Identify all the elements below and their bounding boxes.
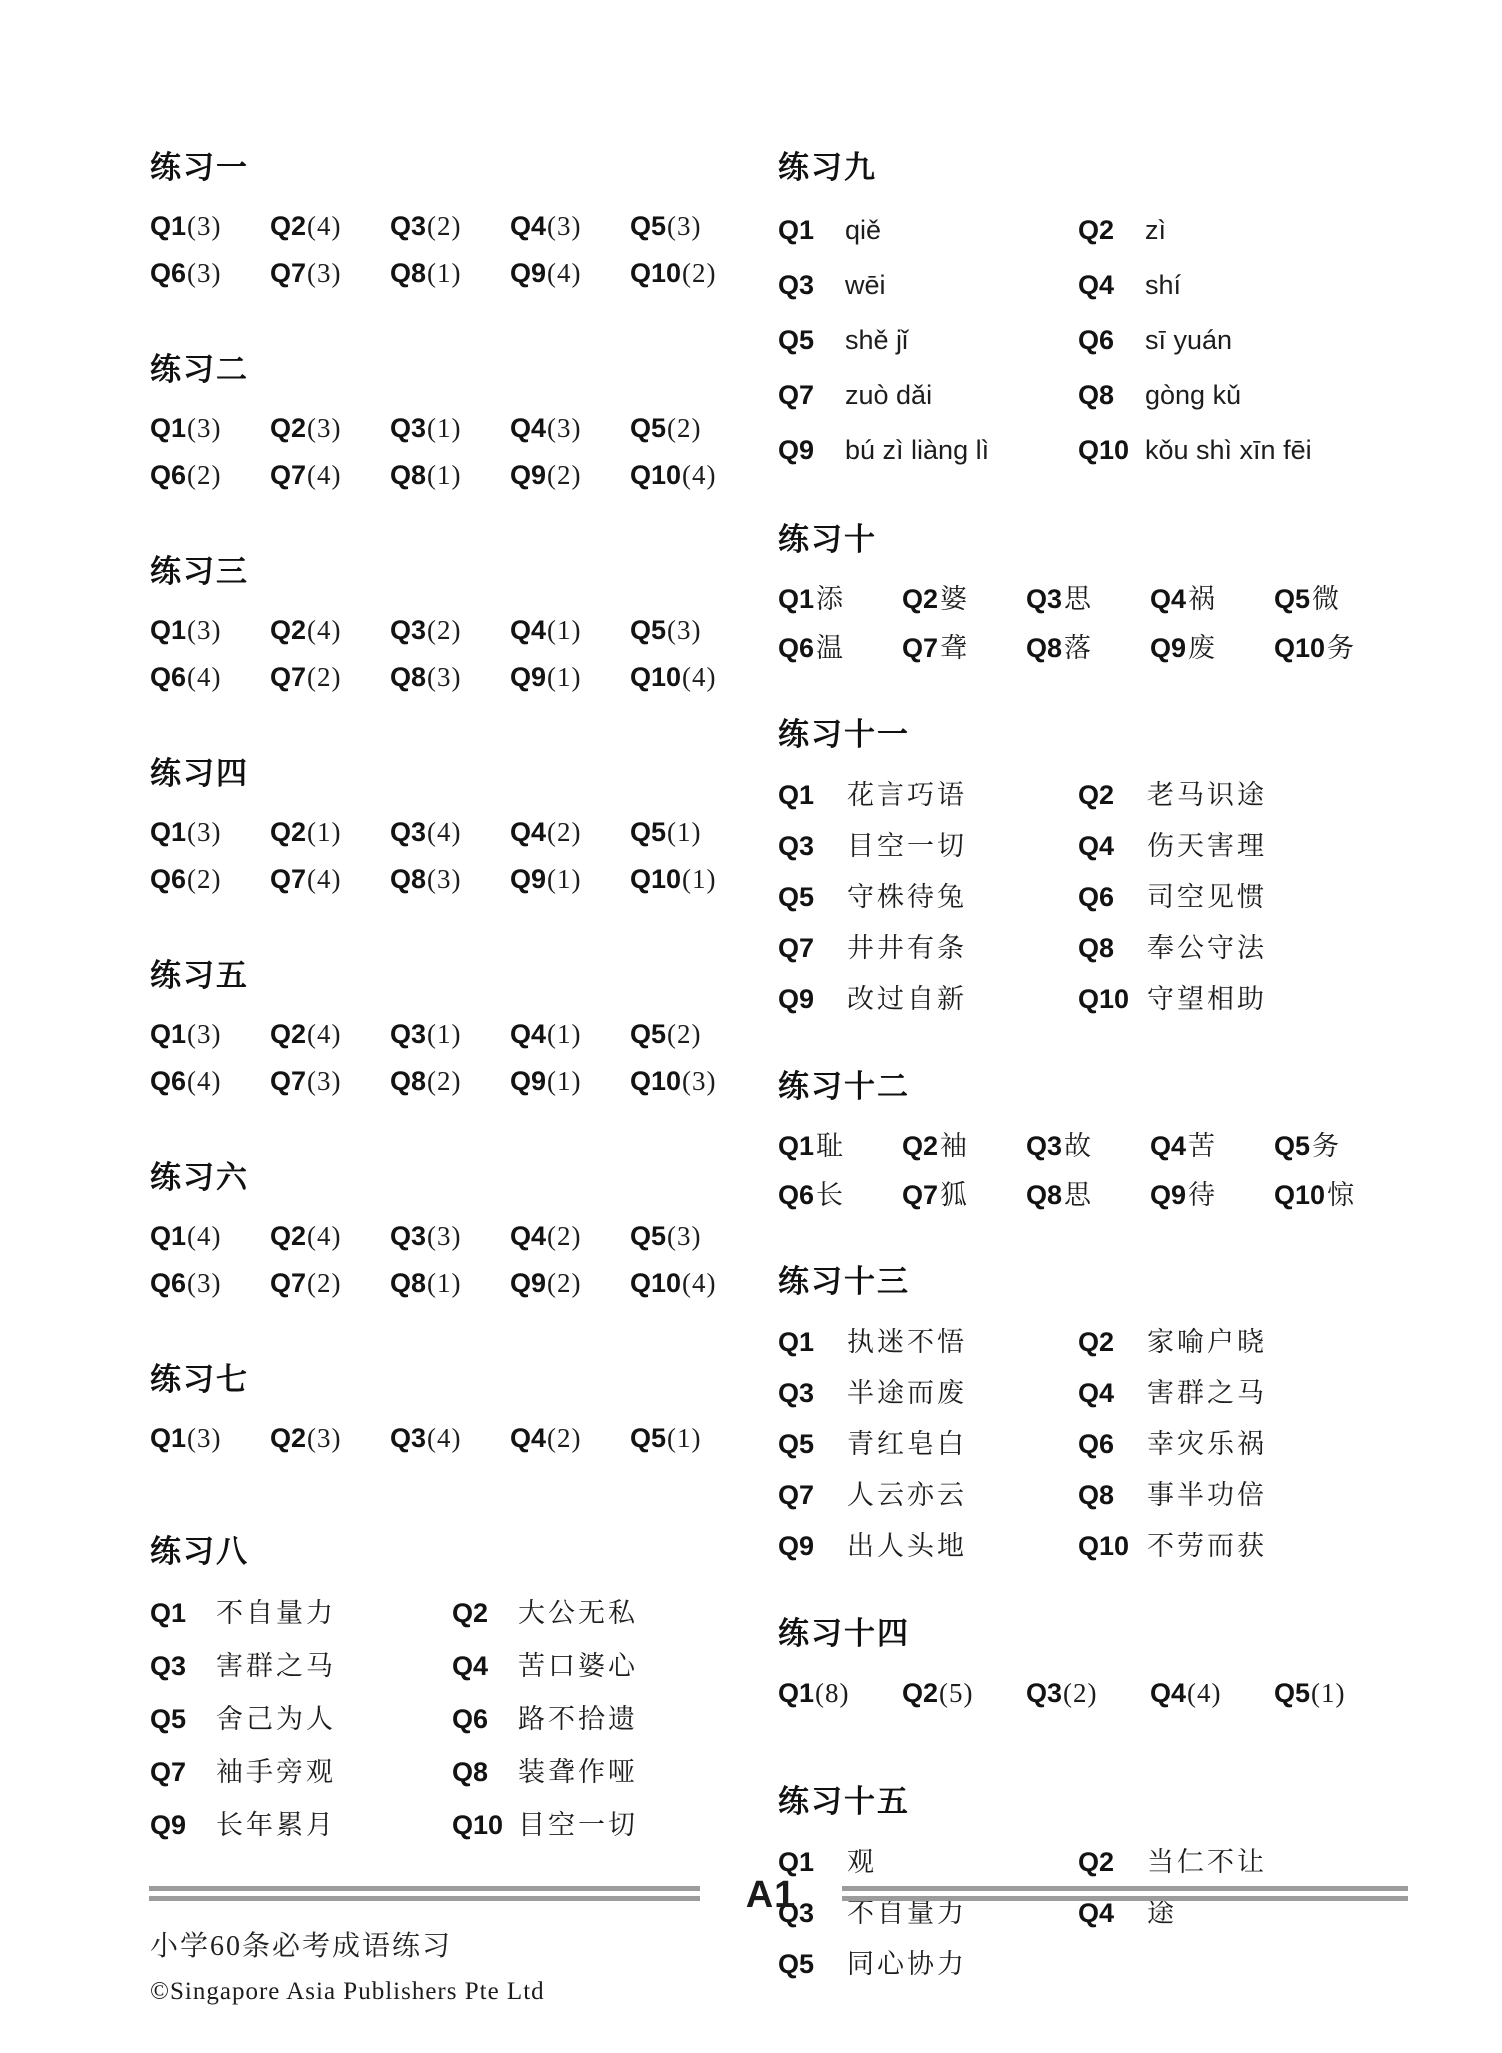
question-label: Q10: [630, 1268, 681, 1298]
question-label: Q8: [390, 258, 426, 288]
question-label: Q2: [902, 584, 938, 614]
answer-cell: Q6(2): [150, 858, 270, 905]
question-label: Q2: [1078, 772, 1145, 818]
answers-grid: Q1添Q2婆Q3思Q4祸Q5微Q6温Q7聋Q8落Q9废Q10务: [778, 577, 1452, 675]
answer-value: 苦口婆心: [518, 1651, 638, 1681]
question-label: Q5: [778, 315, 845, 365]
question-label: Q8: [1026, 1180, 1062, 1210]
question-label: Q7: [150, 1748, 214, 1796]
question-label: Q8: [452, 1748, 516, 1796]
answer-value: 祸: [1188, 584, 1218, 614]
answer-cell: Q5微: [1274, 577, 1452, 626]
answer-cell: Q7(4): [270, 858, 390, 905]
answer-value: 狐: [940, 1180, 970, 1210]
answer-value: (3): [187, 615, 221, 645]
answer-value: (2): [187, 864, 221, 894]
question-label: Q5: [630, 413, 666, 443]
question-label: Q1: [778, 584, 814, 614]
answers-grid: Q1(3)Q2(1)Q3(4)Q4(2)Q5(1)Q6(2)Q7(4)Q8(3)…: [150, 811, 710, 905]
answer-value: (3): [682, 1066, 716, 1096]
answer-value: (3): [307, 258, 341, 288]
question-label: Q4: [510, 211, 546, 241]
question-label: Q8: [390, 864, 426, 894]
answer-value: (3): [667, 211, 701, 241]
question-label: Q7: [778, 1472, 845, 1518]
answer-cell: Q8gòng kǔ: [1078, 370, 1452, 425]
answer-cell: Q7井井有条: [778, 925, 1078, 976]
answer-cell: Q4(1): [510, 609, 630, 656]
question-label: Q1: [778, 1678, 814, 1708]
answer-cell: Q4苦口婆心: [452, 1642, 710, 1695]
answer-cell: Q7(3): [270, 252, 390, 299]
answers-grid: Q1观Q2当仁不让Q3不自量力Q4途Q5同心协力: [778, 1839, 1452, 1992]
answer-cell: Q9(1): [510, 1060, 630, 1107]
answer-value: (2): [187, 460, 221, 490]
answer-cell: Q3(2): [390, 609, 510, 656]
answers-grid: Q1(3)Q2(3)Q3(1)Q4(3)Q5(2)Q6(2)Q7(4)Q8(1)…: [150, 407, 710, 501]
answer-value: (4): [187, 662, 221, 692]
answer-value: 途: [1147, 1898, 1177, 1928]
answer-value: 故: [1064, 1131, 1094, 1161]
answer-cell: Q5(3): [630, 609, 717, 656]
question-label: Q3: [1026, 1678, 1062, 1708]
answer-value: (1): [547, 662, 581, 692]
answer-value: 耻: [816, 1131, 846, 1161]
question-label: Q5: [150, 1695, 214, 1743]
answer-cell: Q7人云亦云: [778, 1472, 1078, 1523]
answer-value: 不自量力: [847, 1898, 967, 1928]
answer-cell: Q10务: [1274, 626, 1452, 675]
question-label: Q1: [778, 1131, 814, 1161]
question-label: Q4: [452, 1642, 516, 1690]
answer-cell: Q5同心协力: [778, 1941, 1078, 1992]
answer-value: (1): [427, 1019, 461, 1049]
question-label: Q1: [150, 615, 186, 645]
answer-cell: Q7(2): [270, 1262, 390, 1309]
answer-cell: Q3(1): [390, 1013, 510, 1060]
answer-cell: Q1(3): [150, 811, 270, 858]
question-label: Q8: [1078, 1472, 1145, 1518]
question-label: Q10: [1078, 1523, 1145, 1569]
exercise-section: 练习四Q1(3)Q2(1)Q3(4)Q4(2)Q5(1)Q6(2)Q7(4)Q8…: [150, 756, 710, 905]
answer-cell: Q6幸灾乐祸: [1078, 1421, 1452, 1472]
question-label: Q6: [150, 1066, 186, 1096]
question-label: Q5: [1274, 584, 1310, 614]
answer-value: (3): [187, 1268, 221, 1298]
question-label: Q7: [270, 258, 306, 288]
answer-cell: Q1(3): [150, 1013, 270, 1060]
question-label: Q2: [1078, 1319, 1145, 1365]
question-label: Q4: [510, 817, 546, 847]
answer-cell: Q3(4): [390, 1417, 510, 1464]
answer-value: (4): [307, 615, 341, 645]
answer-value: (2): [547, 1423, 581, 1453]
question-label: Q1: [150, 1589, 214, 1637]
answer-value: (2): [667, 1019, 701, 1049]
question-label: Q2: [270, 1423, 306, 1453]
answer-value: (3): [547, 211, 581, 241]
question-label: Q9: [778, 425, 845, 475]
question-label: Q3: [390, 1423, 426, 1453]
answer-value: 聋: [940, 633, 970, 663]
answer-cell: Q8(3): [390, 858, 510, 905]
question-label: Q5: [778, 1941, 845, 1987]
section-title: 练习五: [150, 958, 710, 994]
question-label: Q2: [452, 1589, 516, 1637]
answer-value: (4): [1187, 1678, 1221, 1708]
answer-value: (2): [427, 615, 461, 645]
exercise-section: 练习三Q1(3)Q2(4)Q3(2)Q4(1)Q5(3)Q6(4)Q7(2)Q8…: [150, 554, 710, 703]
answer-value: 不劳而获: [1147, 1531, 1267, 1561]
answer-cell: Q4shí: [1078, 260, 1452, 315]
answer-value: (4): [427, 817, 461, 847]
answer-cell: Q9长年累月: [150, 1801, 452, 1854]
answer-value: 袖: [940, 1131, 970, 1161]
answer-cell: Q4(2): [510, 1215, 630, 1262]
answer-cell: Q6司空见惯: [1078, 874, 1452, 925]
exercise-section: 练习五Q1(3)Q2(4)Q3(1)Q4(1)Q5(2)Q6(4)Q7(3)Q8…: [150, 958, 710, 1107]
question-label: Q4: [1078, 823, 1145, 869]
answers-grid: Q1(8)Q2(5)Q3(2)Q4(4)Q5(1): [778, 1671, 1452, 1720]
section-title: 练习十一: [778, 717, 1452, 753]
answer-cell: Q3(1): [390, 407, 510, 454]
question-label: Q6: [1078, 315, 1145, 365]
section-title: 练习七: [150, 1362, 710, 1398]
answer-cell: Q4(2): [510, 811, 630, 858]
answer-value: 奉公守法: [1147, 933, 1267, 963]
exercise-section: 练习九Q1qiěQ2zìQ3wēiQ4shíQ5shě jǐQ6sī yuánQ…: [778, 150, 1452, 480]
answers-grid: Q1(3)Q2(3)Q3(4)Q4(2)Q5(1): [150, 1417, 710, 1464]
answer-value: 大公无私: [518, 1598, 638, 1628]
question-label: Q7: [778, 925, 845, 971]
answers-grid: Q1(3)Q2(4)Q3(1)Q4(1)Q5(2)Q6(4)Q7(3)Q8(2)…: [150, 1013, 710, 1107]
answer-cell: Q2婆: [902, 577, 1026, 626]
answer-value: (8): [815, 1678, 849, 1708]
question-label: Q8: [390, 460, 426, 490]
answer-cell: Q2当仁不让: [1078, 1839, 1452, 1890]
book-title: 小学60条必考成语练习: [150, 1924, 452, 1964]
answer-value: (4): [307, 460, 341, 490]
answer-cell: Q8奉公守法: [1078, 925, 1452, 976]
answer-cell: Q10目空一切: [452, 1801, 710, 1854]
answer-value: (4): [307, 211, 341, 241]
answer-value: 务: [1327, 633, 1357, 663]
question-label: Q6: [150, 1268, 186, 1298]
answer-value: wēi: [845, 270, 886, 300]
answer-value: sī yuán: [1145, 325, 1232, 355]
answer-value: (2): [667, 413, 701, 443]
answer-value: 守望相助: [1147, 984, 1267, 1014]
question-label: Q9: [510, 662, 546, 692]
answer-value: 井井有条: [847, 933, 967, 963]
answer-value: 不自量力: [216, 1598, 336, 1628]
answer-cell: Q5(3): [630, 1215, 717, 1262]
answer-cell: Q2(3): [270, 407, 390, 454]
answer-value: 婆: [940, 584, 970, 614]
answer-cell: Q2大公无私: [452, 1589, 710, 1642]
answer-cell: Q9出人头地: [778, 1523, 1078, 1574]
answer-value: 观: [847, 1847, 877, 1877]
answer-cell: Q4(3): [510, 407, 630, 454]
answer-cell: Q10(4): [630, 656, 717, 703]
answer-cell: Q1(3): [150, 609, 270, 656]
question-label: Q3: [390, 211, 426, 241]
answer-cell: Q3(2): [390, 205, 510, 252]
exercise-section: 练习六Q1(4)Q2(4)Q3(3)Q4(2)Q5(3)Q6(3)Q7(2)Q8…: [150, 1160, 710, 1309]
answer-value: (1): [427, 258, 461, 288]
question-label: Q3: [1026, 1131, 1062, 1161]
exercise-section: 练习十Q1添Q2婆Q3思Q4祸Q5微Q6温Q7聋Q8落Q9废Q10务: [778, 522, 1452, 675]
answer-cell: Q1(3): [150, 407, 270, 454]
answer-value: (3): [427, 1221, 461, 1251]
question-label: Q2: [902, 1678, 938, 1708]
answer-value: 守株待兔: [847, 882, 967, 912]
answer-value: (2): [307, 662, 341, 692]
answer-value: 袖手旁观: [216, 1757, 336, 1787]
question-label: Q10: [630, 1066, 681, 1096]
answer-cell: Q8落: [1026, 626, 1150, 675]
answer-value: (4): [187, 1221, 221, 1251]
question-label: Q8: [390, 1268, 426, 1298]
answer-value: (3): [547, 413, 581, 443]
question-label: Q2: [270, 1019, 306, 1049]
answer-cell: Q3(4): [390, 811, 510, 858]
answer-cell: Q1(8): [778, 1671, 902, 1720]
section-title: 练习四: [150, 756, 710, 792]
question-label: Q1: [150, 1423, 186, 1453]
answer-cell: Q7聋: [902, 626, 1026, 675]
answer-cell: Q8(1): [390, 252, 510, 299]
answer-cell: Q3思: [1026, 577, 1150, 626]
answer-value: (1): [682, 864, 716, 894]
question-label: Q4: [510, 413, 546, 443]
exercise-section: 练习八Q1不自量力Q2大公无私Q3害群之马Q4苦口婆心Q5舍己为人Q6路不拾遗Q…: [150, 1534, 710, 1854]
answer-value: (5): [939, 1678, 973, 1708]
answer-value: 害群之马: [1147, 1378, 1267, 1408]
question-label: Q9: [510, 864, 546, 894]
answer-value: 落: [1064, 633, 1094, 663]
answer-cell: Q3wēi: [778, 260, 1078, 315]
question-label: Q6: [150, 460, 186, 490]
answer-value: 事半功倍: [1147, 1480, 1267, 1510]
answer-value: 害群之马: [216, 1651, 336, 1681]
answer-cell: Q9(1): [510, 656, 630, 703]
answer-cell: Q9(2): [510, 1262, 630, 1309]
answer-cell: Q7(3): [270, 1060, 390, 1107]
answer-cell: Q3半途而废: [778, 1370, 1078, 1421]
question-label: Q9: [1150, 1180, 1186, 1210]
answer-value: (1): [427, 1268, 461, 1298]
answer-value: (1): [307, 817, 341, 847]
answer-value: (3): [187, 1019, 221, 1049]
answer-value: 同心协力: [847, 1949, 967, 1979]
answer-cell: Q10kǒu shì xīn fēi: [1078, 425, 1452, 480]
question-label: Q3: [778, 1370, 845, 1416]
answer-cell: Q9待: [1150, 1173, 1274, 1222]
answer-value: (4): [682, 1268, 716, 1298]
answer-value: 舍己为人: [216, 1704, 336, 1734]
answer-value: (1): [427, 413, 461, 443]
question-label: Q9: [510, 460, 546, 490]
section-title: 练习六: [150, 1160, 710, 1196]
question-label: Q8: [390, 1066, 426, 1096]
answer-value: (3): [187, 1423, 221, 1453]
answer-value: (4): [187, 1066, 221, 1096]
answer-value: 司空见惯: [1147, 882, 1267, 912]
question-label: Q9: [510, 258, 546, 288]
answer-cell: Q4(1): [510, 1013, 630, 1060]
question-label: Q10: [630, 864, 681, 894]
question-label: Q4: [1078, 1370, 1145, 1416]
answer-value: (4): [307, 1019, 341, 1049]
answer-value: 废: [1188, 633, 1218, 663]
question-label: Q4: [510, 1423, 546, 1453]
question-label: Q1: [778, 1319, 845, 1365]
question-label: Q5: [778, 874, 845, 920]
question-label: Q8: [390, 662, 426, 692]
question-label: Q6: [150, 864, 186, 894]
left-column: 练习一Q1(3)Q2(4)Q3(2)Q4(3)Q5(3)Q6(3)Q7(3)Q8…: [150, 150, 710, 1907]
answer-cell: Q4伤天害理: [1078, 823, 1452, 874]
answer-value: shě jǐ: [845, 325, 908, 355]
question-label: Q6: [452, 1695, 516, 1743]
question-label: Q9: [510, 1066, 546, 1096]
answers-grid: Q1执迷不悟Q2家喻户晓Q3半途而废Q4害群之马Q5青红皂白Q6幸灾乐祸Q7人云…: [778, 1319, 1452, 1574]
question-label: Q1: [150, 413, 186, 443]
answer-cell: Q10惊: [1274, 1173, 1452, 1222]
answer-cell: Q8(2): [390, 1060, 510, 1107]
answer-cell: Q6(4): [150, 656, 270, 703]
answer-cell: Q10(4): [630, 1262, 717, 1309]
question-label: Q5: [778, 1421, 845, 1467]
question-label: Q8: [1078, 925, 1145, 971]
question-label: Q6: [1078, 1421, 1145, 1467]
answer-value: 思: [1064, 584, 1094, 614]
answer-cell: Q8(1): [390, 1262, 510, 1309]
answer-value: (2): [427, 1066, 461, 1096]
question-label: Q6: [778, 1180, 814, 1210]
question-label: Q1: [150, 1019, 186, 1049]
answer-cell: Q1(3): [150, 1417, 270, 1464]
answer-cell: Q9(4): [510, 252, 630, 299]
answer-cell: Q4(4): [1150, 1671, 1274, 1720]
answer-cell: Q7(4): [270, 454, 390, 501]
answer-value: 思: [1064, 1180, 1094, 1210]
answer-cell: Q2袖: [902, 1124, 1026, 1173]
answer-cell: Q10守望相助: [1078, 976, 1452, 1027]
answer-value: 务: [1312, 1131, 1342, 1161]
section-title: 练习二: [150, 352, 710, 388]
question-label: Q7: [270, 662, 306, 692]
answer-value: (3): [427, 662, 461, 692]
question-label: Q3: [1026, 584, 1062, 614]
answer-cell: Q5(1): [1274, 1671, 1452, 1720]
exercise-section: 练习一Q1(3)Q2(4)Q3(2)Q4(3)Q5(3)Q6(3)Q7(3)Q8…: [150, 150, 710, 299]
answer-cell: Q5(2): [630, 1013, 717, 1060]
answer-value: (3): [667, 1221, 701, 1251]
question-label: Q7: [778, 370, 845, 420]
answer-cell: Q5务: [1274, 1124, 1452, 1173]
answer-cell: Q3目空一切: [778, 823, 1078, 874]
question-label: Q10: [630, 662, 681, 692]
section-title: 练习一: [150, 150, 710, 186]
answer-cell: Q9(1): [510, 858, 630, 905]
answer-cell: Q1qiě: [778, 205, 1078, 260]
answer-cell: Q2家喻户晓: [1078, 1319, 1452, 1370]
question-label: Q5: [630, 211, 666, 241]
answer-value: 伤天害理: [1147, 831, 1267, 861]
answer-value: (3): [307, 1066, 341, 1096]
question-label: Q5: [630, 615, 666, 645]
answer-cell: Q10不劳而获: [1078, 1523, 1452, 1574]
answer-value: (2): [307, 1268, 341, 1298]
question-label: Q4: [510, 615, 546, 645]
question-label: Q5: [1274, 1131, 1310, 1161]
answers-grid: Q1花言巧语Q2老马识途Q3目空一切Q4伤天害理Q5守株待兔Q6司空见惯Q7井井…: [778, 772, 1452, 1027]
answer-cell: Q9bú zì liàng lì: [778, 425, 1078, 480]
question-label: Q3: [390, 615, 426, 645]
answer-cell: Q7(2): [270, 656, 390, 703]
question-label: Q6: [1078, 874, 1145, 920]
question-label: Q4: [1150, 1131, 1186, 1161]
question-label: Q2: [270, 615, 306, 645]
question-label: Q4: [1078, 260, 1145, 310]
answer-cell: Q10(2): [630, 252, 717, 299]
answer-cell: Q1(4): [150, 1215, 270, 1262]
answer-value: 家喻户晓: [1147, 1327, 1267, 1357]
answer-cell: Q1添: [778, 577, 902, 626]
question-label: Q1: [150, 211, 186, 241]
answer-value: 路不拾遗: [518, 1704, 638, 1734]
question-label: Q7: [270, 460, 306, 490]
question-label: Q5: [1274, 1678, 1310, 1708]
question-label: Q3: [778, 260, 845, 310]
answer-value: kǒu shì xīn fēi: [1145, 435, 1312, 465]
question-label: Q1: [778, 772, 845, 818]
answer-cell: Q2(5): [902, 1671, 1026, 1720]
answer-cell: Q4(2): [510, 1417, 630, 1464]
answer-key-page: 练习一Q1(3)Q2(4)Q3(2)Q4(3)Q5(3)Q6(3)Q7(3)Q8…: [0, 0, 1502, 2053]
question-label: Q10: [630, 258, 681, 288]
answer-cell: Q2zì: [1078, 205, 1452, 260]
question-label: Q5: [630, 1019, 666, 1049]
answer-value: 目空一切: [847, 831, 967, 861]
answer-value: 人云亦云: [847, 1480, 967, 1510]
answer-value: (2): [547, 460, 581, 490]
answer-cell: Q8(3): [390, 656, 510, 703]
question-label: Q8: [1078, 370, 1145, 420]
answer-value: (3): [187, 817, 221, 847]
answer-cell: Q3害群之马: [150, 1642, 452, 1695]
section-title: 练习十四: [778, 1616, 1452, 1652]
question-label: Q1: [150, 1221, 186, 1251]
answer-value: 半途而废: [847, 1378, 967, 1408]
answer-value: 目空一切: [518, 1810, 638, 1840]
answer-cell: Q4害群之马: [1078, 1370, 1452, 1421]
answer-cell: Q6(3): [150, 1262, 270, 1309]
answer-cell: Q2(4): [270, 1215, 390, 1262]
exercise-section: 练习十四Q1(8)Q2(5)Q3(2)Q4(4)Q5(1): [778, 1616, 1452, 1720]
exercise-section: 练习七Q1(3)Q2(3)Q3(4)Q4(2)Q5(1): [150, 1362, 710, 1464]
question-label: Q6: [778, 633, 814, 663]
answer-cell: Q3故: [1026, 1124, 1150, 1173]
question-label: Q3: [150, 1642, 214, 1690]
question-label: Q10: [1274, 1180, 1325, 1210]
page-number: A1: [700, 1874, 842, 1917]
answer-cell: Q3(3): [390, 1215, 510, 1262]
answer-value: (1): [667, 817, 701, 847]
answer-cell: Q8事半功倍: [1078, 1472, 1452, 1523]
